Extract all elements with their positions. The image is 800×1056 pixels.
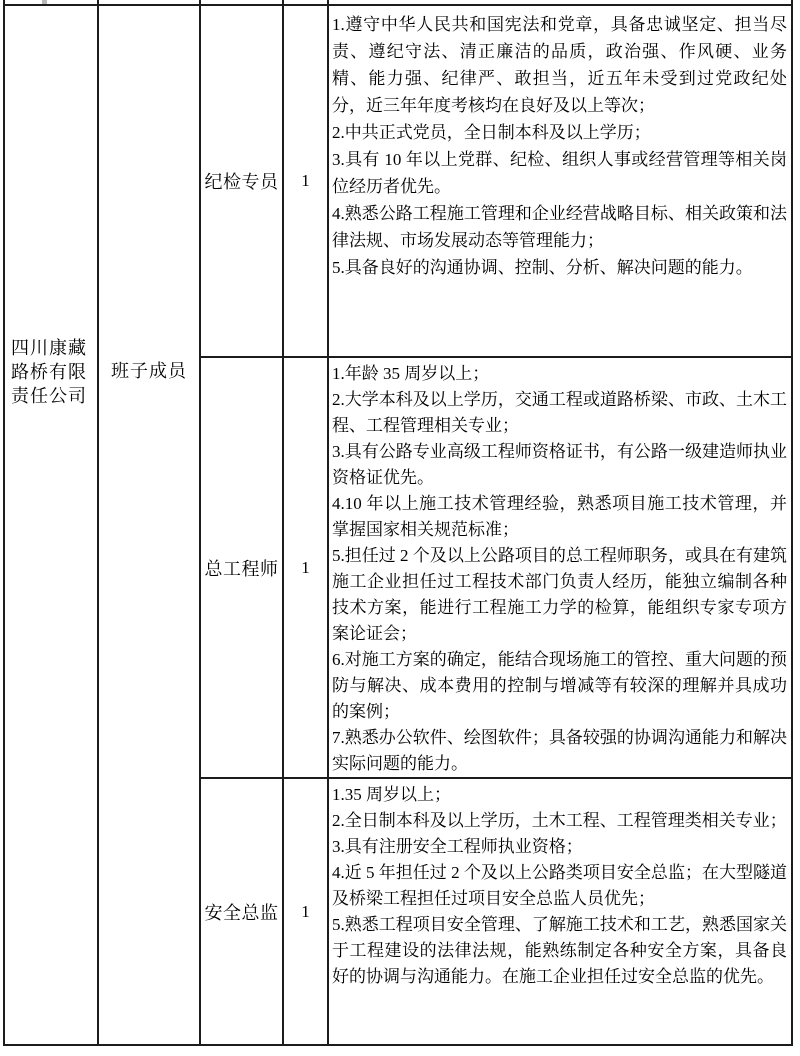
requirement-item: 1.年龄 35 周岁以上； — [332, 361, 787, 387]
requirement-item: 4.熟悉公路工程施工管理和企业经营战略目标、相关政策和法律法规、市场发展动态等管… — [332, 200, 787, 254]
requirement-item: 3.具有公路专业高级工程师资格证书，有公路一级建造师执业资格证优先。 — [332, 439, 787, 491]
requirements-cell: 1.年龄 35 周岁以上； 2.大学本科及以上学历，交通工程或道路桥梁、市政、土… — [329, 358, 791, 777]
table-border-right — [791, 0, 793, 1046]
requirement-item: 7.熟悉办公软件、绘图软件；具备较强的协调沟通能力和解决实际问题的能力。 — [332, 725, 787, 777]
requirement-item: 4.10 年以上施工技术管理经验，熟悉项目施工技术管理，并掌握国家相关规范标准； — [332, 491, 787, 543]
requirement-item: 5.熟悉工程项目安全管理、了解施工技术和工艺，熟悉国家关于工程建设的法律法规，能… — [332, 912, 787, 990]
requirement-item: 2.大学本科及以上学历，交通工程或道路桥梁、市政、土木工程、工程管理相关专业； — [332, 387, 787, 439]
headcount-cell: 1 — [284, 358, 327, 777]
position-cell: 总工程师 — [201, 358, 282, 777]
headcount-value: 1 — [301, 171, 310, 191]
requirement-item: 2.中共正式党员，全日制本科及以上学历； — [332, 119, 787, 146]
requirement-item: 1.35 周岁以上； — [332, 782, 787, 808]
headcount-cell: 1 — [284, 779, 327, 1044]
requirements-cell: 1.35 周岁以上； 2.全日制本科及以上学历，土木工程、工程管理类相关专业； … — [329, 779, 791, 1044]
table-border-bottom — [3, 1044, 793, 1046]
requirement-item: 5.担任过 2 个及以上公路项目的总工程师职务，或具在有建筑施工企业担任过工程技… — [332, 543, 787, 647]
requirement-item: 3.具有注册安全工程师执业资格； — [332, 834, 787, 860]
category-label: 班子成员 — [99, 359, 199, 383]
headcount-value: 1 — [301, 558, 310, 578]
requirement-item: 3.具有 10 年以上党群、纪检、组织人事或经营管理等相关岗位经历者优先。 — [332, 146, 787, 200]
requirement-item: 1.遵守中华人民共和国宪法和党章，具备忠诚坚定、担当尽责、遵纪守法、清正廉洁的品… — [332, 11, 787, 119]
headcount-value: 1 — [301, 902, 310, 922]
position-label: 安全总监 — [205, 899, 279, 925]
requirements-cell: 1.遵守中华人民共和国宪法和党章，具备忠诚坚定、担当尽责、遵纪守法、清正廉洁的品… — [329, 6, 791, 356]
headcount-cell: 1 — [284, 6, 327, 356]
table-border-left — [3, 0, 5, 1046]
requirement-item: 6.对施工方案的确定，能结合现场施工的管控、重大问题的预防与解决、成本费用的控制… — [332, 647, 787, 725]
table-gridline-col1 — [97, 0, 99, 1046]
recruitment-table: 四川康藏路桥有限责任公司 班子成员 纪检专员 1 1.遵守中华人民共和国宪法和党… — [3, 0, 793, 1046]
document-page: 四川康藏路桥有限责任公司 班子成员 纪检专员 1 1.遵守中华人民共和国宪法和党… — [0, 0, 800, 1056]
position-label: 纪检专员 — [205, 168, 279, 194]
position-cell: 安全总监 — [201, 779, 282, 1044]
position-label: 总工程师 — [205, 555, 279, 581]
requirement-item: 4.近 5 年担任过 2 个及以上公路类项目安全总监；在大型隧道及桥梁工程担任过… — [332, 860, 787, 912]
requirement-item: 5.具备良好的沟通协调、控制、分析、解决问题的能力。 — [332, 254, 787, 281]
position-cell: 纪检专员 — [201, 6, 282, 356]
company-name: 四川康藏路桥有限责任公司 — [11, 336, 91, 408]
requirement-item: 2.全日制本科及以上学历，土木工程、工程管理类相关专业； — [332, 808, 787, 834]
